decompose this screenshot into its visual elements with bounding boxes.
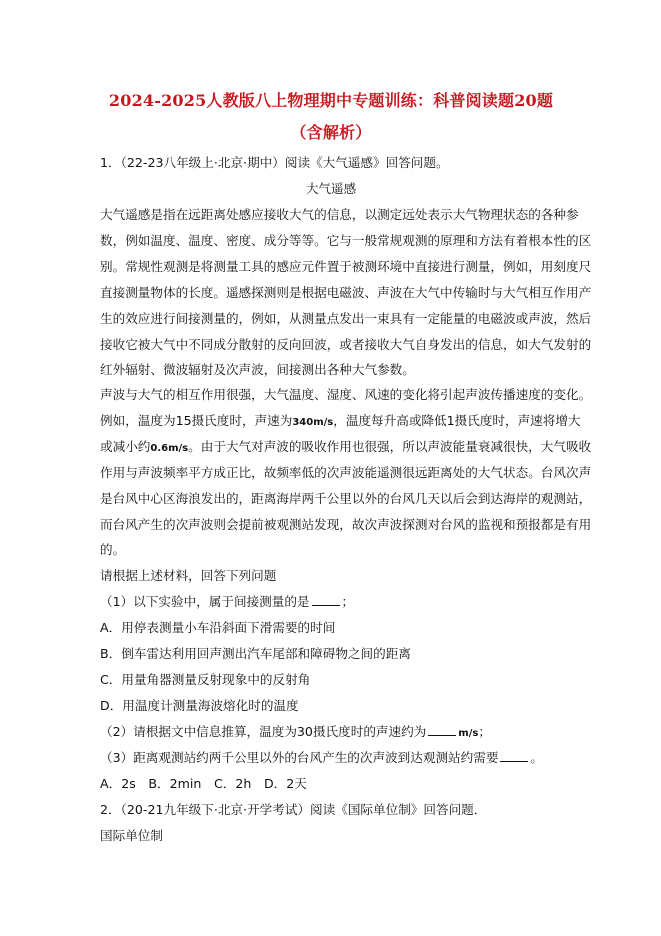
option-d: D．用温度计测量海波熔化时的温度 (100, 697, 570, 715)
text-segment: （3）距离观测站约两千公里以外的台风产生的次声波到达观测站约需要 (100, 750, 498, 765)
unit-label: m/s (458, 728, 478, 739)
passage-line: 接收它被大气中不同成分散射的反向回波，或者接收大气自身发出的信息，如大气发射的 (100, 336, 570, 354)
document-subtitle: （含解析） (100, 120, 562, 143)
text-segment: 。 (530, 750, 543, 765)
text-segment: （2）请根据文中信息推算，温度为30摄氏度时的声速约为 (100, 724, 426, 739)
instruction: 请根据上述材料，回答下列问题 (100, 567, 570, 585)
passage-line: 是台风中心区海浪发出的，距离海岸两千公里以外的台风几天以后会到达海岸的观测站， (100, 490, 570, 508)
option-b: B．倒车雷达利用回声测出汽车尾部和障碍物之间的距离 (100, 645, 570, 663)
speed-delta-value: 0.6m/s (150, 443, 188, 454)
option-c: C．用量角器测量反射现象中的反射角 (100, 671, 570, 689)
text-segment: ； (342, 594, 355, 609)
speed-value: 340m/s (292, 417, 333, 428)
text-segment: （1）以下实验中，属于间接测量的是 (100, 594, 310, 609)
text-segment: 例如，温度为15摄氏度时，声速为 (100, 413, 292, 428)
sub-question-2: （2）请根据文中信息推算，温度为30摄氏度时的声速约为m/s； (100, 723, 570, 743)
question-2-header: 2．（20-21九年级下·北京·开学考试）阅读《国际单位制》回答问题． (100, 801, 570, 819)
passage-line: 生的效应进行间接测量的，例如，从测量点发出一束具有一定能量的电磁波或声波，然后 (100, 310, 570, 328)
passage-line: 数，例如温度、温度、密度、成分等等。它与一般常规观测的原理和方法有着根本性的区 (100, 232, 570, 250)
sub-question-1: （1）以下实验中，属于间接测量的是； (100, 593, 570, 611)
passage-line: 的。 (100, 541, 570, 559)
answer-blank[interactable] (428, 723, 456, 736)
text-segment: ，温度每升高或降低1摄氏度时，声速将增大 (333, 413, 580, 428)
sub-question-3: （3）距离观测站约两千公里以外的台风产生的次声波到达观测站约需要。 (100, 749, 570, 767)
passage-line: 直接测量物体的长度。遥感探测则是根据电磁波、声波在大气中传输时与大气相互作用产 (100, 284, 570, 302)
passage-line: 大气遥感是指在远距离处感应接收大气的信息，以测定远处表示大气物理状态的各种参 (100, 206, 570, 224)
text-segment: ； (478, 724, 491, 739)
answer-blank[interactable] (500, 749, 528, 762)
passage-line: 声波与大气的相互作用很强，大气温度、湿度、风速的变化将引起声波传播速度的变化。 (100, 386, 570, 404)
text-segment: 。由于大气对声波的吸收作用也很强，所以声波能量衰减很快，大气吸收 (188, 439, 591, 454)
document-title: 2024-2025人教版八上物理期中专题训练：科普阅读题20题 (100, 88, 562, 111)
passage-line: 别。常规性观测是将测量工具的感应元件置于被测环境中直接进行测量，例如，用刻度尺 (100, 258, 570, 276)
option-a: A．用停表测量小车沿斜面下滑需要的时间 (100, 619, 570, 637)
passage-line: 红外辐射、微波辐射及次声波，间接测出各种大气参数。 (100, 361, 570, 379)
passage-line: 作用与声波频率平方成正比，故频率低的次声波能遥测很远距离处的大气状态。台风次声 (100, 464, 570, 482)
passage-line: 而台风产生的次声波则会提前被观测站发现，故次声波探测对台风的监视和预报都是有用 (100, 516, 570, 534)
passage-title: 大气遥感 (100, 180, 562, 198)
passage-line: 例如，温度为15摄氏度时，声速为340m/s，温度每升高或降低1摄氏度时，声速将… (100, 412, 570, 432)
answer-blank[interactable] (312, 593, 340, 606)
sub-question-3-options: A．2s B．2min C．2h D．2天 (100, 775, 570, 793)
question-1-header: 1．（22-23八年级上·北京·期中）阅读《大气遥感》回答问题。 (100, 154, 570, 172)
passage-line: 或减小约0.6m/s。由于大气对声波的吸收作用也很强，所以声波能量衰减很快，大气… (100, 438, 570, 458)
passage-title: 国际单位制 (100, 827, 570, 845)
text-segment: 或减小约 (100, 439, 150, 454)
